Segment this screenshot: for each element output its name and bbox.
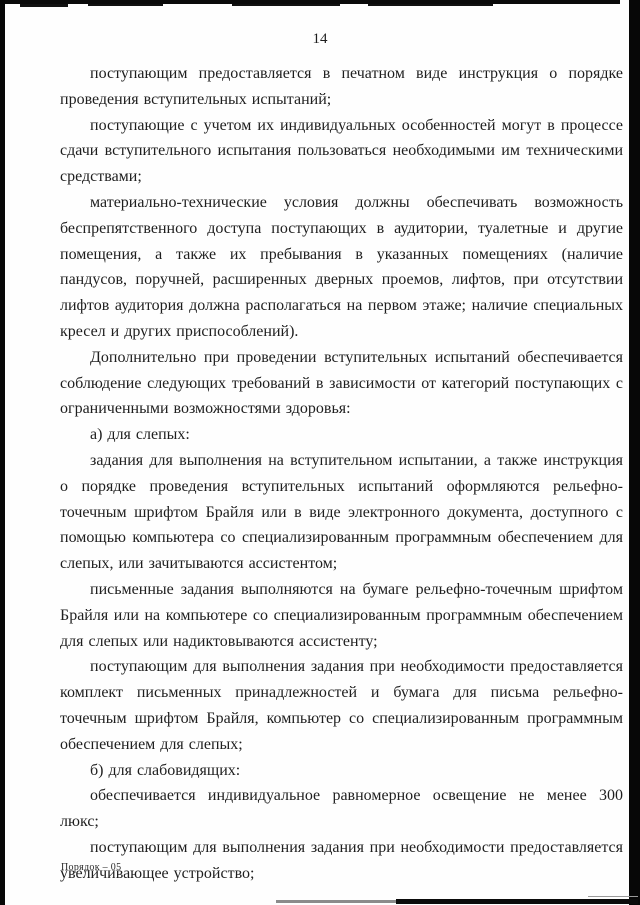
footer-document-code: Порядок – 05 [61, 862, 121, 873]
scan-edge-right [629, 0, 640, 905]
scan-artifact-bottom-bar-black [396, 899, 638, 904]
paragraph: материально-технические условия должны о… [60, 190, 623, 345]
document-body: поступающим предоставляется в печатном в… [60, 61, 623, 887]
paragraph: поступающим для выполнения задания при н… [60, 835, 623, 887]
scan-artifact-top-segment [368, 4, 493, 6]
paragraph: задания для выполнения на вступительном … [60, 448, 623, 577]
scanned-document-page: { "page": { "number": "14", "footer_code… [0, 0, 640, 905]
document-page: 14 поступающим предоставляется в печатно… [0, 0, 640, 905]
scan-artifact-top-segment [88, 4, 163, 6]
scan-edge-left [0, 0, 5, 905]
paragraph: а) для слепых: [60, 422, 623, 448]
page-number: 14 [0, 31, 640, 48]
scan-artifact-bottom-line [588, 896, 638, 897]
scan-artifact-bottom-bar-gray [276, 900, 398, 903]
scan-artifact-top-segment [232, 4, 340, 6]
paragraph: поступающим для выполнения задания при н… [60, 654, 623, 757]
paragraph: Дополнительно при проведении вступительн… [60, 345, 623, 422]
paragraph: поступающим предоставляется в печатном в… [60, 61, 623, 113]
paragraph: поступающие с учетом их индивидуальных о… [60, 113, 623, 190]
paragraph: письменные задания выполняются на бумаге… [60, 577, 623, 654]
paragraph: обеспечивается индивидуальное равномерно… [60, 783, 623, 835]
paragraph: б) для слабовидящих: [60, 758, 623, 784]
scan-artifact-top-segment [20, 4, 68, 7]
